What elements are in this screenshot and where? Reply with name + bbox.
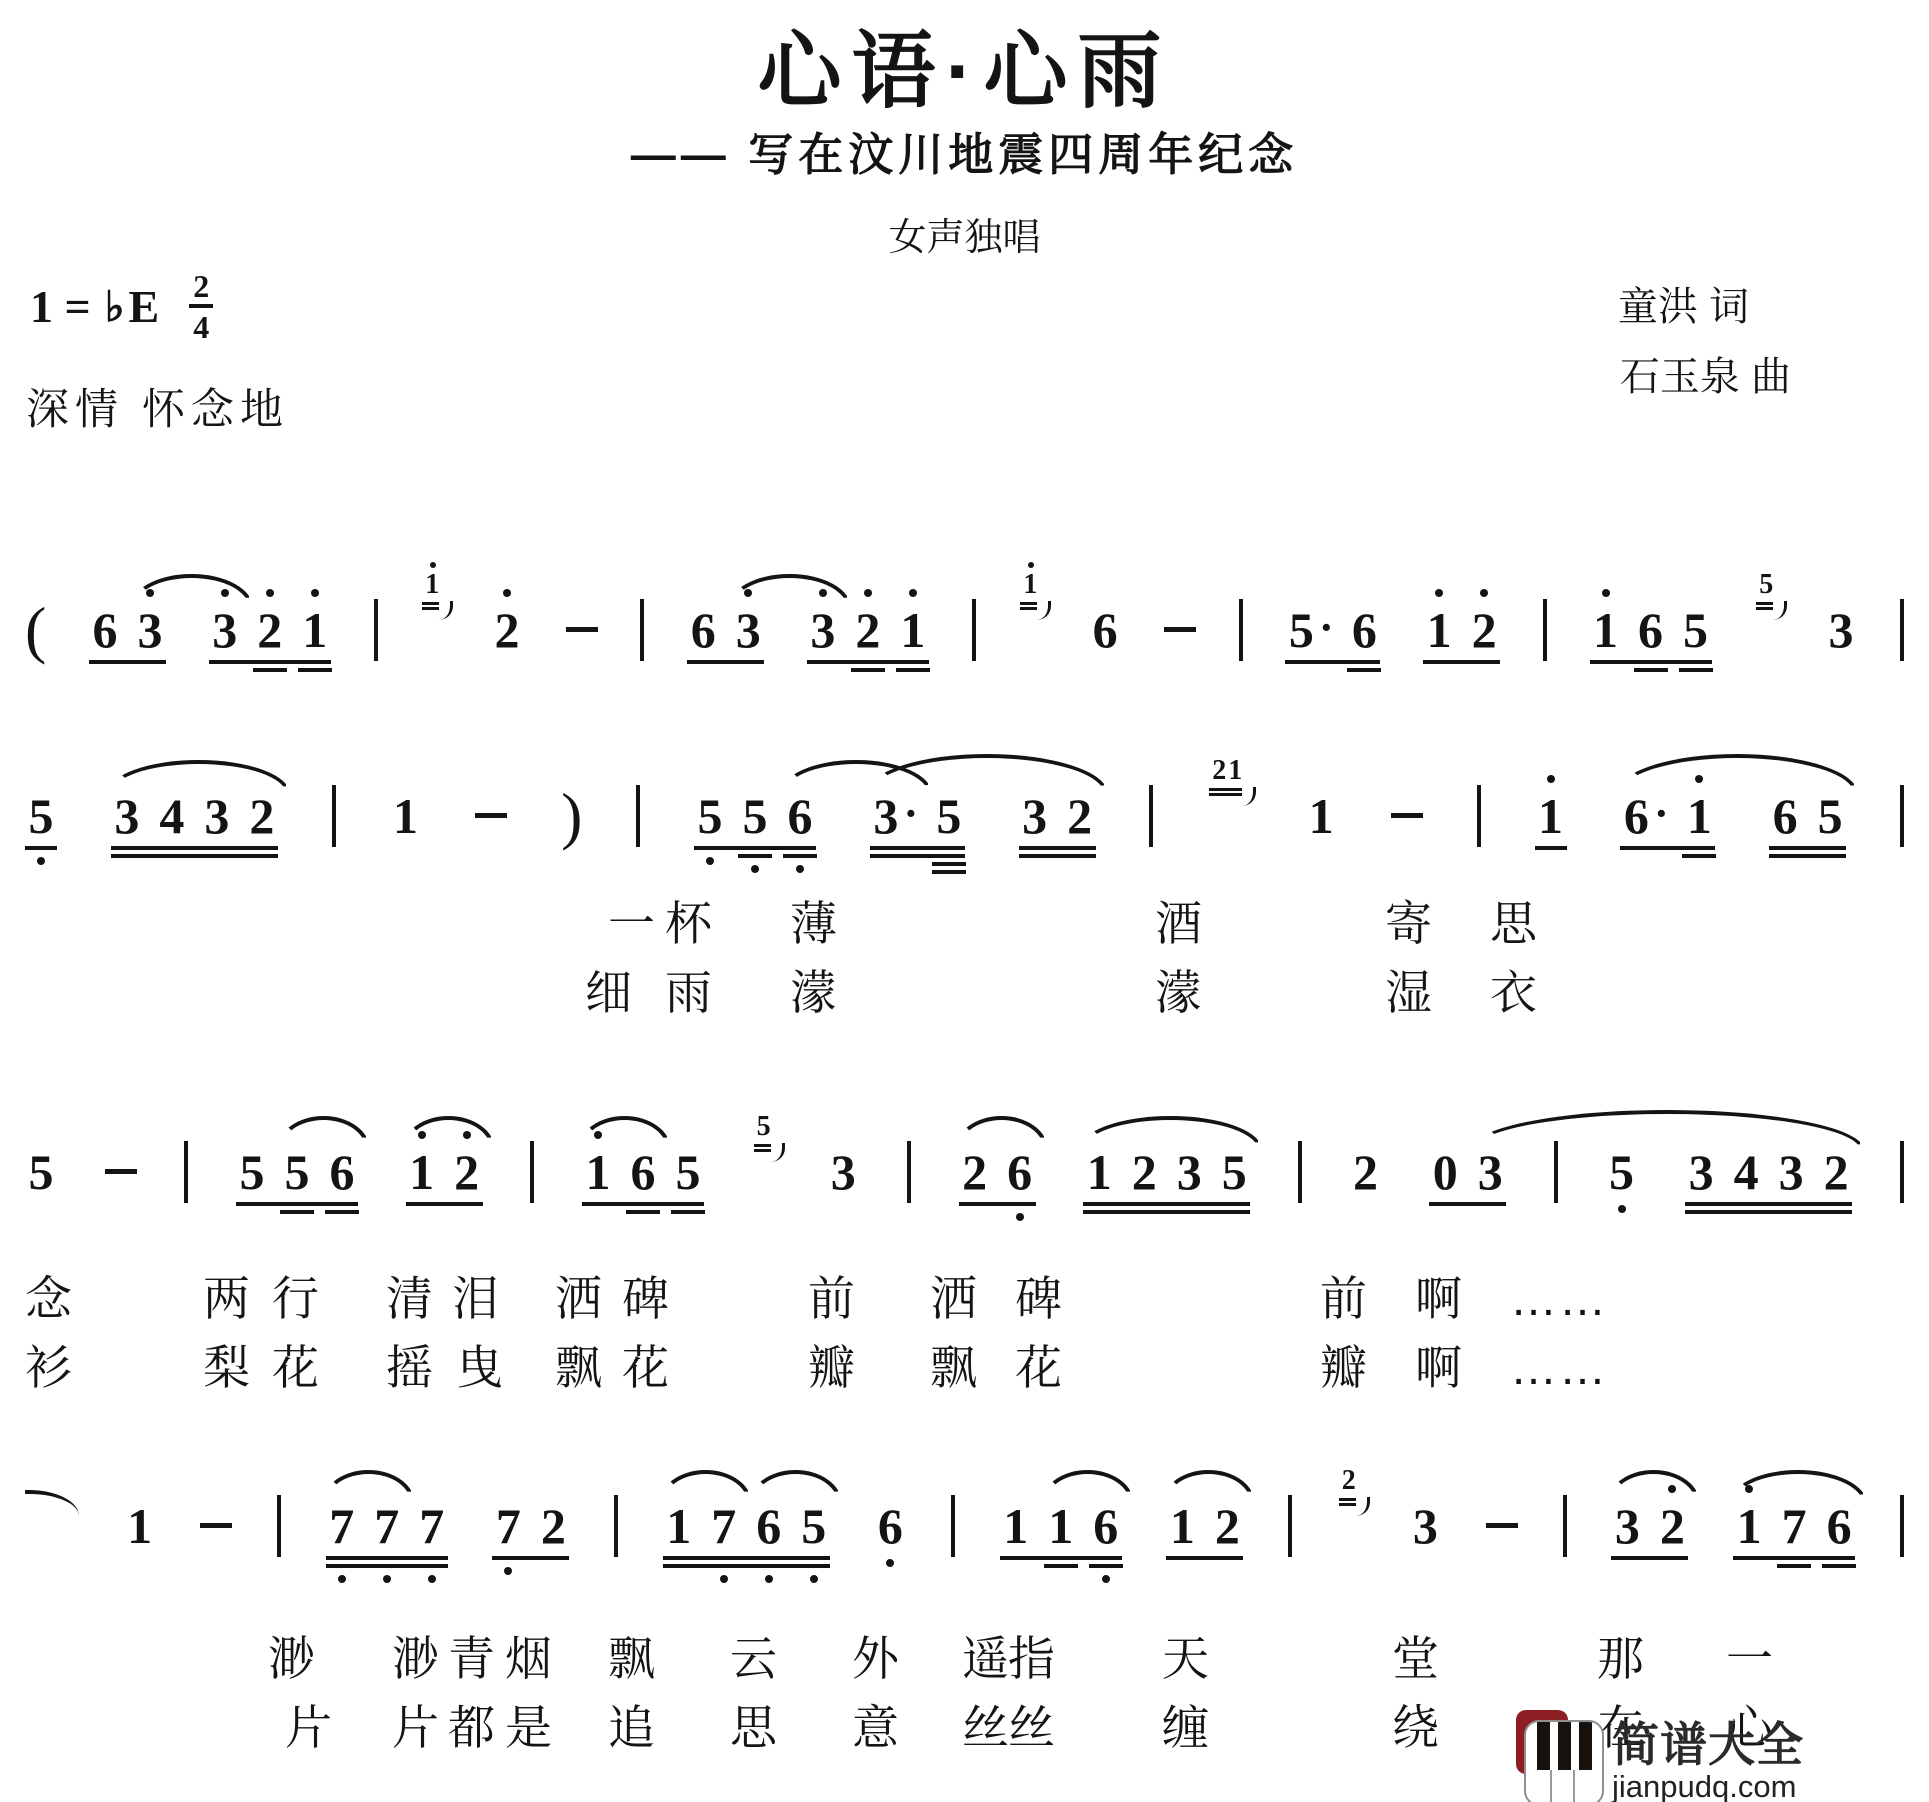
note: 4 xyxy=(1730,1144,1762,1200)
barline xyxy=(907,1141,911,1203)
beam-line xyxy=(1429,1202,1506,1206)
beam-line xyxy=(626,1210,660,1214)
note: 1 xyxy=(1733,1498,1765,1554)
slur-arc xyxy=(1470,1110,1864,1150)
lyric-syllable: 天 xyxy=(1162,1628,1211,1690)
note-digit: 6 xyxy=(1348,602,1380,658)
note: 6 xyxy=(1823,1498,1855,1554)
beam-group: 32 xyxy=(1019,788,1096,844)
note-digit: 2 xyxy=(246,788,278,844)
grace-note: 5 xyxy=(1756,570,1778,600)
slur-arc xyxy=(1079,1116,1262,1150)
note: 1 xyxy=(299,602,331,658)
note-digit: 2 xyxy=(491,602,523,658)
note-digit: 5 xyxy=(1606,1144,1638,1200)
note-digit: 2 xyxy=(1350,1144,1382,1200)
note-digit: 2 xyxy=(537,1498,569,1554)
note-digit: 3 xyxy=(134,602,166,658)
note: 6 xyxy=(753,1498,785,1554)
lyric-syllable: 啊 xyxy=(1415,1268,1464,1330)
note-digit: 5 xyxy=(694,788,726,844)
note-digit: 6 xyxy=(1090,1498,1122,1554)
time-signature: 2 4 xyxy=(189,270,213,343)
beam-line xyxy=(1611,1556,1688,1560)
barline xyxy=(636,785,640,847)
note-digit: 1 xyxy=(389,788,421,844)
grace-note: 21 xyxy=(1209,756,1247,786)
beam-group: 5 xyxy=(1606,1144,1638,1200)
beam-line xyxy=(25,846,57,850)
beam-group: 65 xyxy=(1769,788,1846,844)
beam-group: 3432 xyxy=(1685,1144,1852,1200)
note: 6 xyxy=(89,602,121,658)
note: 5 xyxy=(25,788,57,844)
note: 1 xyxy=(389,788,421,844)
barline xyxy=(951,1495,955,1557)
beam-group: 12 xyxy=(1166,1498,1243,1554)
beam-line xyxy=(671,1210,705,1214)
lyric-syllable: 一 xyxy=(608,893,657,955)
beam-line xyxy=(738,854,772,858)
beam-line xyxy=(1685,1202,1852,1206)
barline xyxy=(277,1495,281,1557)
lyric-syllable: 一 xyxy=(1726,1628,1775,1690)
beam-group: 165 xyxy=(1590,602,1712,658)
note: 7 xyxy=(416,1498,448,1554)
note: 3· xyxy=(870,788,920,844)
tie-from-previous-line xyxy=(25,1490,79,1520)
beam-group: 5·6 xyxy=(1285,602,1380,658)
beam-line xyxy=(687,660,764,664)
note: 2 xyxy=(1820,1144,1852,1200)
grace-beam xyxy=(1209,793,1242,796)
note-digit: 2 xyxy=(1468,602,1500,658)
beam-line xyxy=(1285,660,1380,664)
lyric-syllable: 都 xyxy=(448,1697,497,1759)
note-digit: 5 xyxy=(739,788,771,844)
beam-line xyxy=(1019,846,1096,850)
note: 5 xyxy=(1814,788,1846,844)
lyric-syllable: 意 xyxy=(852,1697,901,1759)
lyric-syllable: 濛 xyxy=(790,962,839,1024)
barline xyxy=(1149,785,1153,847)
lyric-syllable: 瓣 xyxy=(808,1337,857,1399)
beam-line xyxy=(1000,1556,1122,1560)
augmentation-dot: · xyxy=(1317,602,1335,654)
high-octave-dot xyxy=(1480,589,1488,597)
note: 3 xyxy=(1173,1144,1205,1200)
note: 2 xyxy=(1350,1144,1382,1200)
note-digit: 1 xyxy=(1423,602,1455,658)
barline xyxy=(1900,1141,1904,1203)
slur-arc xyxy=(955,1116,1048,1150)
lyric-syllable: 摇 xyxy=(386,1337,435,1399)
beam-line xyxy=(89,660,166,664)
note: 5 xyxy=(25,1144,57,1200)
lyric-syllable: 片 xyxy=(285,1697,334,1759)
note: 1 xyxy=(1423,602,1455,658)
note: 7 xyxy=(371,1498,403,1554)
note-digit: 2 xyxy=(959,1144,991,1200)
note-digit: 1 xyxy=(1083,1144,1115,1200)
high-octave-dot xyxy=(909,589,917,597)
slur-arc xyxy=(130,574,253,608)
beam-line xyxy=(111,854,278,858)
beam-group: 2 xyxy=(491,602,523,658)
note: 2 xyxy=(1656,1498,1688,1554)
grace-note: 5 xyxy=(754,1112,776,1142)
slur-arc xyxy=(1729,1470,1867,1504)
note-digit: 6 xyxy=(326,1144,358,1200)
beam-line xyxy=(253,668,287,672)
lyric-syllable: 啊 xyxy=(1415,1337,1464,1399)
beam-line xyxy=(959,1202,1036,1206)
beam-line xyxy=(1685,1210,1852,1214)
duration-dash xyxy=(1164,627,1196,632)
note-digit: 1 xyxy=(1000,1498,1032,1554)
lyric-syllable: 青 xyxy=(448,1628,497,1690)
low-octave-dot xyxy=(765,1575,773,1583)
note-digit: 3 xyxy=(827,1144,859,1200)
low-octave-dot xyxy=(796,865,804,873)
note: 5· xyxy=(1285,602,1335,658)
lyric-syllable: 泪 xyxy=(452,1268,501,1330)
lyric-syllable: 念 xyxy=(25,1268,74,1330)
music-line-1: (633211263321165·61216553 xyxy=(0,556,1929,728)
duration-dash xyxy=(200,1523,232,1528)
note: 0 xyxy=(1429,1144,1461,1200)
note: 2 xyxy=(1211,1498,1243,1554)
note-digit: 5 xyxy=(25,788,57,844)
watermark-url: jianpudq.com xyxy=(1612,1770,1804,1802)
high-octave-dot xyxy=(1028,562,1034,568)
note-digit: 3 xyxy=(209,602,241,658)
note-digit: 2 xyxy=(1128,1144,1160,1200)
note-digit: 1 xyxy=(1305,788,1337,844)
beam-line xyxy=(1166,1556,1243,1560)
duration-dash xyxy=(1391,813,1423,818)
beam-group: 556 xyxy=(694,788,816,844)
piano-keys-icon xyxy=(1524,1720,1604,1802)
piano-key xyxy=(1558,1722,1571,1770)
note-digit: 6 xyxy=(753,1498,785,1554)
note: 3 xyxy=(1409,1498,1441,1554)
beam-line xyxy=(932,870,966,874)
note: 5 xyxy=(694,788,726,844)
lyric-syllable: 衫 xyxy=(25,1337,74,1399)
grace-digit: 5 xyxy=(754,1112,776,1142)
lyric-syllable: 思 xyxy=(730,1697,779,1759)
low-octave-dot xyxy=(1016,1213,1024,1221)
note-digit: 3 xyxy=(1825,602,1857,658)
key-separator xyxy=(1550,1770,1552,1802)
key-separator xyxy=(1573,1770,1575,1802)
high-octave-dot xyxy=(1547,775,1555,783)
note: 2 xyxy=(1128,1144,1160,1200)
note: 5 xyxy=(1680,602,1712,658)
note: 1 xyxy=(582,1144,614,1200)
note: 2 xyxy=(537,1498,569,1554)
beam-line xyxy=(1777,1564,1811,1568)
grace-beam xyxy=(1209,788,1242,791)
note: 1 xyxy=(124,1498,156,1554)
beam-group: 165 xyxy=(582,1144,704,1200)
note-digit: 2 xyxy=(1211,1498,1243,1554)
voice-type-label: 女声独唱 xyxy=(0,206,1929,261)
beam-group: 1 xyxy=(1535,788,1567,844)
beam-line xyxy=(932,862,966,866)
tempo-expression-marking: 深情 怀念地 xyxy=(26,376,289,437)
key-time-signature: 1 = ♭ E 2 4 xyxy=(30,270,213,343)
lyric-syllable: 雨 xyxy=(665,962,714,1024)
note-digit: 3 xyxy=(1409,1498,1441,1554)
note: 5 xyxy=(798,1498,830,1554)
note-digit: 6 xyxy=(1769,788,1801,844)
note: 1 xyxy=(1683,788,1715,844)
barline xyxy=(1554,1141,1558,1203)
note: 6 xyxy=(1635,602,1667,658)
note-digit: 3 xyxy=(807,602,839,658)
note-digit: 1 xyxy=(299,602,331,658)
beam-line xyxy=(1769,846,1846,850)
piano-key xyxy=(1537,1722,1550,1770)
note-digit: 1 xyxy=(897,602,929,658)
note: 3 xyxy=(1474,1144,1506,1200)
note-digit: 2 xyxy=(1656,1498,1688,1554)
note-digit: 5 xyxy=(798,1498,830,1554)
beam-group: 3 xyxy=(1825,602,1857,658)
lyric-syllable: 湿 xyxy=(1385,962,1434,1024)
beam-group: 1 xyxy=(1305,788,1337,844)
beam-group: 3·5 xyxy=(870,788,965,844)
note: 6 xyxy=(1004,1144,1036,1200)
beam-line xyxy=(326,1564,448,1568)
lyric-syllable: 飘 xyxy=(930,1337,979,1399)
note-digit: 7 xyxy=(1778,1498,1810,1554)
note: 2 xyxy=(1468,602,1500,658)
note: 6 xyxy=(1769,788,1801,844)
high-octave-dot xyxy=(311,589,319,597)
barline xyxy=(640,599,644,661)
beam-line xyxy=(1089,1564,1123,1568)
beam-line xyxy=(807,660,929,664)
lyric-syllable: 外 xyxy=(852,1628,901,1690)
note: 2 xyxy=(852,602,884,658)
note: 6 xyxy=(874,1498,906,1554)
beam-group: 116 xyxy=(1000,1498,1122,1554)
music-line-3: 5556121655326123520353432 xyxy=(0,1098,1929,1270)
note-digit: 5 xyxy=(1680,602,1712,658)
beam-group: 321 xyxy=(807,602,929,658)
note-digit: 1 xyxy=(1590,602,1622,658)
grace-hook xyxy=(1354,1497,1370,1516)
note-digit: 7 xyxy=(371,1498,403,1554)
note: 1 xyxy=(663,1498,695,1554)
note: 1 xyxy=(406,1144,438,1200)
note-digit: 5 xyxy=(1218,1144,1250,1200)
slur-arc xyxy=(277,1116,370,1150)
note: 6 xyxy=(1090,1498,1122,1554)
slur-arc xyxy=(1162,1470,1255,1504)
note-digit: 2 xyxy=(852,602,884,658)
low-octave-dot xyxy=(1618,1205,1626,1213)
note: 6· xyxy=(1620,788,1670,844)
barline xyxy=(530,1141,534,1203)
watermark-brand: 简谱大全 xyxy=(1612,1720,1804,1770)
grace-hook xyxy=(769,1143,785,1162)
low-octave-dot xyxy=(751,865,759,873)
beam-line xyxy=(1733,1556,1855,1560)
lyric-syllable: 花 xyxy=(622,1337,671,1399)
note-digit: 5 xyxy=(25,1144,57,1200)
note: 5 xyxy=(1218,1144,1250,1200)
low-octave-dot xyxy=(706,857,714,865)
beam-group: 03 xyxy=(1429,1144,1506,1200)
duration-dash xyxy=(1486,1523,1518,1528)
augmentation-dot: · xyxy=(1652,788,1670,840)
beam-line xyxy=(663,1564,830,1568)
note: 4 xyxy=(156,788,188,844)
note-digit: 6 xyxy=(687,602,719,658)
low-octave-dot xyxy=(720,1575,728,1583)
note: 2 xyxy=(491,602,523,658)
low-octave-dot xyxy=(886,1559,894,1567)
note-digit: 5 xyxy=(1285,602,1317,658)
note-digit: 5 xyxy=(933,788,965,844)
lyric-syllable: 云 xyxy=(730,1628,779,1690)
low-octave-dot xyxy=(383,1575,391,1583)
beam-line xyxy=(1347,668,1381,672)
beam-group: 1235 xyxy=(1083,1144,1250,1200)
lyric-syllable: 梨 xyxy=(203,1337,252,1399)
note-digit: 2 xyxy=(451,1144,483,1200)
watermark-text: 简谱大全 jianpudq.com xyxy=(1612,1720,1804,1802)
duration-dash xyxy=(475,813,507,818)
parenthesis: ( xyxy=(25,602,46,658)
low-octave-dot xyxy=(810,1575,818,1583)
note: 2 xyxy=(246,788,278,844)
barline xyxy=(972,599,976,661)
note: 1 xyxy=(1590,602,1622,658)
lyric-syllable: 追 xyxy=(608,1697,657,1759)
note: 1 xyxy=(1535,788,1567,844)
note: 5 xyxy=(933,788,965,844)
parenthesis: ) xyxy=(561,788,582,844)
lyric-syllable: …… xyxy=(1510,1268,1608,1330)
beam-line xyxy=(1679,668,1713,672)
beam-line xyxy=(406,1202,483,1206)
note-digit: 4 xyxy=(156,788,188,844)
grace-note: 1 xyxy=(1020,570,1042,600)
note: 6 xyxy=(326,1144,358,1200)
lyric-syllable: 曳 xyxy=(456,1337,505,1399)
beam-line xyxy=(298,668,332,672)
note-digit: 3 xyxy=(111,788,143,844)
beam-line xyxy=(896,668,930,672)
note-digit: 5 xyxy=(236,1144,268,1200)
note-digit: 3 xyxy=(870,788,902,844)
note-digit: 6 xyxy=(1823,1498,1855,1554)
note-digit: 5 xyxy=(1814,788,1846,844)
note-digit: 3 xyxy=(1019,788,1051,844)
lyric-syllable: 那 xyxy=(1597,1628,1646,1690)
note-digit: 3 xyxy=(201,788,233,844)
note-digit: 4 xyxy=(1730,1144,1762,1200)
slur-arc xyxy=(107,760,290,794)
beam-line xyxy=(1083,1202,1250,1206)
lyric-syllable: 丝 xyxy=(962,1697,1011,1759)
note: 3 xyxy=(807,602,839,658)
note-digit: 3 xyxy=(1474,1144,1506,1200)
lyric-syllable: 碑 xyxy=(622,1268,671,1330)
note-digit: 7 xyxy=(708,1498,740,1554)
note-digit: 1 xyxy=(124,1498,156,1554)
beam-line xyxy=(326,1556,448,1560)
beam-line xyxy=(870,846,965,850)
beam-group: 777 xyxy=(326,1498,448,1554)
time-beats: 2 xyxy=(189,270,213,308)
beam-line xyxy=(582,1202,704,1206)
lyric-syllable: 寄 xyxy=(1385,893,1434,955)
note-digit: 1 xyxy=(1683,788,1715,844)
note: 1 xyxy=(1083,1144,1115,1200)
beam-group: 2 xyxy=(1350,1144,1382,1200)
beam-line xyxy=(1620,846,1715,850)
watermark: 简谱大全 jianpudq.com xyxy=(1524,1720,1804,1802)
barline xyxy=(1288,1495,1292,1557)
page-title: 心语·心雨 xyxy=(0,4,1929,125)
beam-line xyxy=(1682,854,1716,858)
beam-group: 321 xyxy=(209,602,331,658)
note: 2 xyxy=(451,1144,483,1200)
note-digit: 1 xyxy=(1535,788,1567,844)
barline xyxy=(1900,599,1904,661)
beam-line xyxy=(492,1556,569,1560)
beam-line xyxy=(1423,660,1500,664)
music-line-4: 17777217656116122332176 xyxy=(0,1452,1929,1624)
high-octave-dot xyxy=(1435,589,1443,597)
low-octave-dot xyxy=(428,1575,436,1583)
lyric-syllable: 渺 xyxy=(392,1628,441,1690)
lyric-syllable: 薄 xyxy=(790,893,839,955)
note-digit: 0 xyxy=(1429,1144,1461,1200)
beam-line xyxy=(1769,854,1846,858)
note: 1 xyxy=(1000,1498,1032,1554)
lyric-syllable: 清 xyxy=(386,1268,435,1330)
lyric-syllable: 渺 xyxy=(268,1628,317,1690)
note: 6 xyxy=(687,602,719,658)
note: 2 xyxy=(254,602,286,658)
lyric-syllable: 碑 xyxy=(1015,1268,1064,1330)
low-octave-dot xyxy=(1102,1575,1110,1583)
grace-hook xyxy=(1240,787,1256,806)
grace-digit: 1 xyxy=(1020,570,1042,600)
beam-group: 32 xyxy=(1611,1498,1688,1554)
note: 3 xyxy=(209,602,241,658)
duration-dash xyxy=(105,1169,137,1174)
beam-line xyxy=(851,668,885,672)
note-digit: 1 xyxy=(1166,1498,1198,1554)
beam-group: 556 xyxy=(236,1144,358,1200)
beam-group: 72 xyxy=(492,1498,569,1554)
beam-group: 63 xyxy=(687,602,764,658)
note-digit: 2 xyxy=(1064,788,1096,844)
note-digit: 3 xyxy=(1685,1144,1717,1200)
note: 3 xyxy=(134,602,166,658)
note: 1 xyxy=(897,602,929,658)
lyric-syllable: 酒 xyxy=(1155,893,1204,955)
slur-arc xyxy=(749,1470,842,1504)
